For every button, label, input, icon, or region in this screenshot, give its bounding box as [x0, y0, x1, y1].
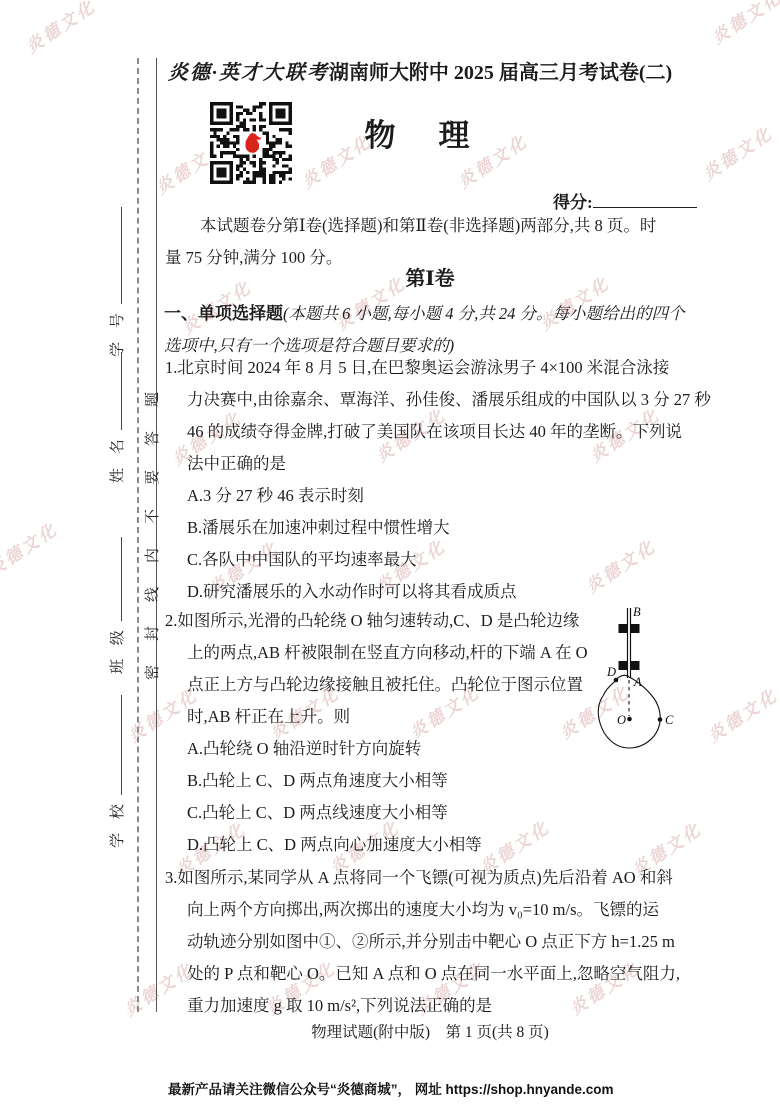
question-line: 法中正确的是 — [187, 448, 711, 480]
question-line: 上的两点,AB 杆被限制在竖直方向移动,杆的下端 A 在 O — [187, 637, 588, 669]
option-line: B.潘展乐在加速冲刺过程中惯性增大 — [187, 512, 711, 544]
part1-title: 第Ⅰ卷 — [165, 262, 695, 291]
watermark-text: 炎德文化 — [0, 515, 62, 580]
seal-line-notice: 密封线内不要答题 — [141, 368, 162, 680]
option-line: C.各队中中国队的平均速率最大 — [187, 544, 711, 576]
question-line: 时,AB 杆正在上升。则 — [187, 701, 588, 733]
watermark-text: 炎德文化 — [697, 119, 777, 184]
question-line: 2.如图所示,光滑的凸轮绕 O 轴匀速转动,C、D 是凸轮边缘 — [165, 605, 588, 637]
exam-brand: 炎德·英才大联考 — [168, 62, 329, 84]
school-label: 学 校 — [110, 799, 126, 848]
exam-page: 炎德文化炎德文化炎德文化炎德文化炎德文化炎德文化炎德文化炎德文化炎德文化炎德文化… — [0, 0, 780, 1104]
question-line: 重力加速度 g 取 10 m/s²,下列说法正确的是 — [187, 990, 680, 1022]
school-blank-line — [108, 695, 122, 795]
question-line: 动轨迹分别如图中①、②所示,并分别击中靶心 O 点正下方 h=1.25 m — [187, 926, 680, 958]
label-O: O — [617, 713, 626, 727]
section-note: (本题共 6 小题,每小题 4 分,共 24 分。每小题给出的四个 — [283, 304, 685, 323]
score-blank-line — [593, 192, 697, 208]
question-2: 2.如图所示,光滑的凸轮绕 O 轴匀速转动,C、D 是凸轮边缘 上的两点,AB … — [187, 605, 588, 861]
student-id-field: 学 号 — [106, 207, 127, 357]
watermark-text: 炎德文化 — [702, 681, 780, 746]
student-name-label: 姓 名 — [110, 434, 126, 483]
point-C-dot — [658, 717, 663, 722]
question-3: 3.如图所示,某同学从 A 点将同一个飞镖(可视为质点)先后沿着 AO 和斜 向… — [187, 862, 680, 1022]
watermark-text: 炎德文化 — [20, 0, 100, 58]
student-id-blank-line — [108, 207, 122, 304]
question-line: 力决赛中,由徐嘉余、覃海洋、孙佳俊、潘展乐组成的中国队以 3 分 27 秒 — [187, 384, 711, 416]
option-line: C.凸轮上 C、D 两点线速度大小相等 — [187, 797, 588, 829]
exam-title: 炎德·英才大联考湖南师大附中 2025 届高三月考试卷(二) — [140, 56, 700, 85]
class-label: 班 级 — [110, 625, 126, 674]
subject-title: 物 理 — [140, 110, 700, 155]
student-name-blank-line — [108, 352, 122, 430]
promo-line: 最新产品请关注微信公众号“炎德商城”， 网址 https://shop.hnya… — [168, 1078, 614, 1098]
label-C: C — [665, 713, 674, 727]
rod-guide-blocks — [619, 624, 640, 670]
exam-title-rest: 湖南师大附中 2025 届高三月考试卷(二) — [329, 62, 672, 84]
section-heading-line: 一、单项选择题(本题共 6 小题,每小题 4 分,共 24 分。每小题给出的四个 — [164, 298, 685, 330]
label-A: A — [633, 675, 642, 689]
question-1: 1.北京时间 2024 年 8 月 5 日,在巴黎奥运会游泳男子 4×100 米… — [187, 352, 711, 608]
option-line: D.凸轮上 C、D 两点向心加速度大小相等 — [187, 829, 588, 861]
question-line: 向上两个方向掷出,两次掷出的速度大小均为 v₀=10 m/s。飞镖的运 — [187, 894, 680, 926]
option-line: A.3 分 27 秒 46 表示时刻 — [187, 480, 711, 512]
cam-outline — [598, 675, 660, 748]
option-line: A.凸轮绕 O 轴沿逆时针方向旋转 — [187, 733, 588, 765]
page-footer: 物理试题(附中版) 第 1 页(共 8 页) — [165, 1020, 695, 1042]
school-field: 学 校 — [106, 695, 127, 848]
question-line: 46 的成绩夺得金牌,打破了美国队在该项目长达 40 年的垄断。下列说 — [187, 416, 711, 448]
seal-dashed-line — [137, 58, 139, 1012]
student-name-field: 姓 名 — [106, 352, 127, 483]
student-id-label: 学 号 — [110, 308, 126, 357]
watermark-text: 炎德文化 — [706, 0, 780, 49]
point-O-dot — [627, 717, 632, 722]
option-line: B.凸轮上 C、D 两点角速度大小相等 — [187, 765, 588, 797]
question-line: 点正上方与凸轮边缘接触且被托住。凸轮位于图示位置 — [187, 669, 588, 701]
label-D: D — [606, 665, 616, 679]
class-field: 班 级 — [106, 537, 127, 674]
question-line: 处的 P 点和靶心 O。已知 A 点和 O 点在同一水平面上,忽略空气阻力, — [187, 958, 680, 990]
section-name: 一、单项选择题 — [164, 304, 283, 323]
class-blank-line — [108, 537, 122, 621]
label-B: B — [633, 605, 641, 619]
cam-diagram: B D A O C — [580, 600, 690, 760]
question-line: 3.如图所示,某同学从 A 点将同一个飞镖(可视为质点)先后沿着 AO 和斜 — [165, 862, 680, 894]
question-line: 1.北京时间 2024 年 8 月 5 日,在巴黎奥运会游泳男子 4×100 米… — [165, 352, 711, 384]
intro-line: 本试题卷分第Ⅰ卷(选择题)和第Ⅱ卷(非选择题)两部分,共 8 页。时 — [165, 210, 710, 242]
